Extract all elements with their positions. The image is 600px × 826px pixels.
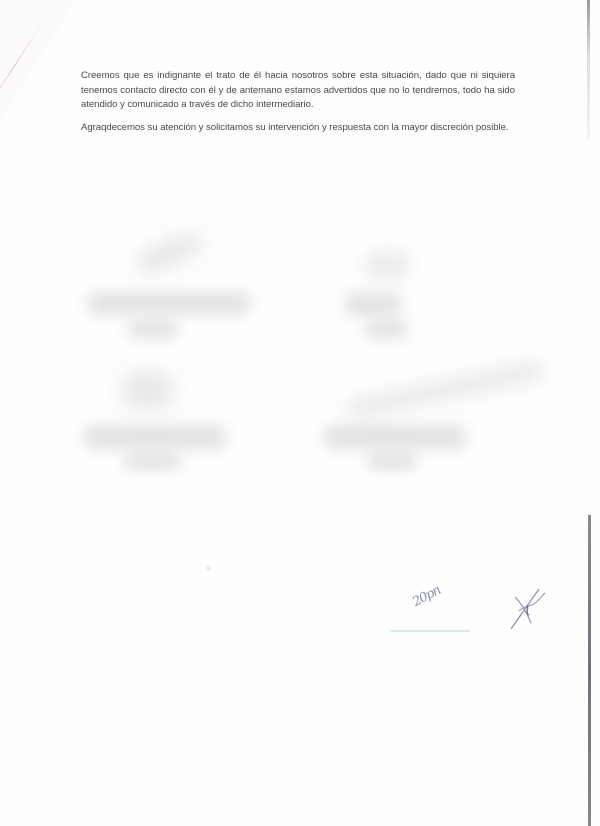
blurred-name-line	[85, 425, 225, 449]
initials-signature-icon	[505, 583, 555, 633]
blurred-title-line	[128, 320, 178, 338]
scan-speck	[207, 567, 210, 570]
blurred-name-line	[325, 425, 465, 449]
blurred-signature-scribble	[120, 370, 175, 410]
blurred-title-line	[365, 320, 407, 338]
scanned-document-page: Creemos que es indignante el trato de él…	[0, 0, 600, 826]
scan-edge-top	[587, 0, 590, 140]
blurred-name-line	[88, 292, 250, 314]
faded-stamp-line	[390, 630, 470, 632]
letter-body: Creemos que es indignante el trato de él…	[81, 69, 515, 143]
blurred-title-line	[125, 452, 180, 470]
paragraph-complaint: Creemos que es indignante el trato de él…	[81, 69, 515, 113]
scan-edge-bottom	[588, 515, 591, 826]
blurred-signature-scribble	[133, 226, 207, 279]
blurred-title-line	[368, 452, 416, 470]
blurred-signature-scribble	[365, 252, 410, 278]
blurred-signature-scribble	[345, 359, 545, 420]
handwritten-note: 20pn	[410, 583, 443, 610]
blurred-name-line	[345, 293, 401, 315]
paragraph-closing: Agraqdecemos su atención y solicitamos s…	[81, 121, 515, 136]
page-fold-shadow	[0, 0, 76, 120]
handwritten-annotation-area: 20pn	[380, 575, 560, 645]
